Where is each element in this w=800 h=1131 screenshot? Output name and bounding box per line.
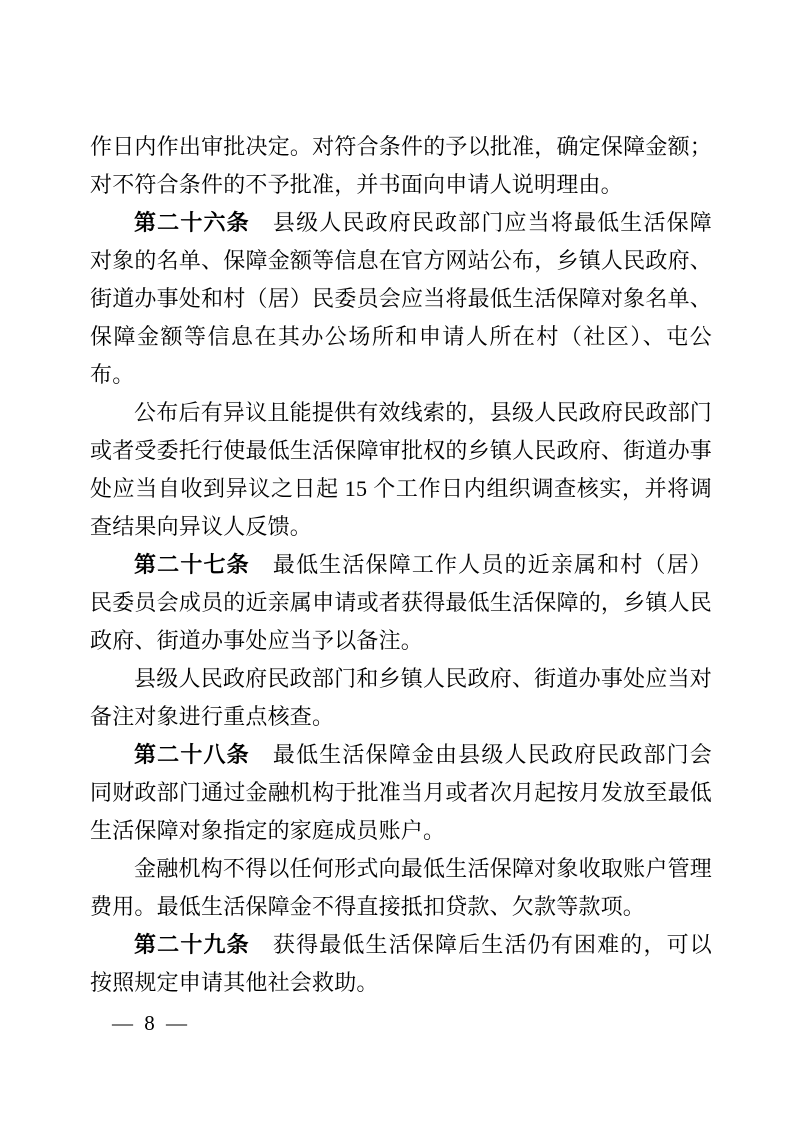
article-paragraph: 第二十七条最低生活保障工作人员的近亲属和村（居）民委员会成员的近亲属申请或者获得…	[90, 546, 712, 660]
paragraph-text: 县级人民政府民政部门和乡镇人民政府、街道办事处应当对备注对象进行重点核查。	[90, 666, 712, 729]
page-footer: — 8 —	[112, 1008, 190, 1038]
body-paragraph: 县级人民政府民政部门和乡镇人民政府、街道办事处应当对备注对象进行重点核查。	[90, 660, 712, 736]
article-paragraph: 第二十六条县级人民政府民政部门应当将最低生活保障对象的名单、保障金额等信息在官方…	[90, 204, 712, 394]
document-page: 作日内作出审批决定。对符合条件的予以批准，确定保障金额；对不符合条件的不予批准，…	[0, 0, 800, 1131]
paragraph-text: 公布后有异议且能提供有效线索的，县级人民政府民政部门或者受委托行使最低生活保障审…	[90, 400, 712, 539]
paragraph-text: 县级人民政府民政部门应当将最低生活保障对象的名单、保障金额等信息在官方网站公布，…	[90, 210, 712, 387]
document-body: 作日内作出审批决定。对符合条件的予以批准，确定保障金额；对不符合条件的不予批准，…	[90, 128, 712, 1002]
article-number: 第二十八条	[134, 742, 250, 767]
body-paragraph: 公布后有异议且能提供有效线索的，县级人民政府民政部门或者受委托行使最低生活保障审…	[90, 394, 712, 546]
paragraph-text: 作日内作出审批决定。对符合条件的予以批准，确定保障金额；对不符合条件的不予批准，…	[90, 134, 712, 197]
article-number: 第二十六条	[134, 210, 250, 235]
article-number: 第二十七条	[134, 552, 250, 577]
page-number: — 8 —	[112, 1011, 190, 1035]
article-number: 第二十九条	[134, 932, 250, 957]
body-paragraph: 作日内作出审批决定。对符合条件的予以批准，确定保障金额；对不符合条件的不予批准，…	[90, 128, 712, 204]
paragraph-text: 金融机构不得以任何形式向最低生活保障对象收取账户管理费用。最低生活保障金不得直接…	[90, 856, 712, 919]
article-paragraph: 第二十九条获得最低生活保障后生活仍有困难的，可以按照规定申请其他社会救助。	[90, 926, 712, 1002]
article-paragraph: 第二十八条最低生活保障金由县级人民政府民政部门会同财政部门通过金融机构于批准当月…	[90, 736, 712, 850]
body-paragraph: 金融机构不得以任何形式向最低生活保障对象收取账户管理费用。最低生活保障金不得直接…	[90, 850, 712, 926]
